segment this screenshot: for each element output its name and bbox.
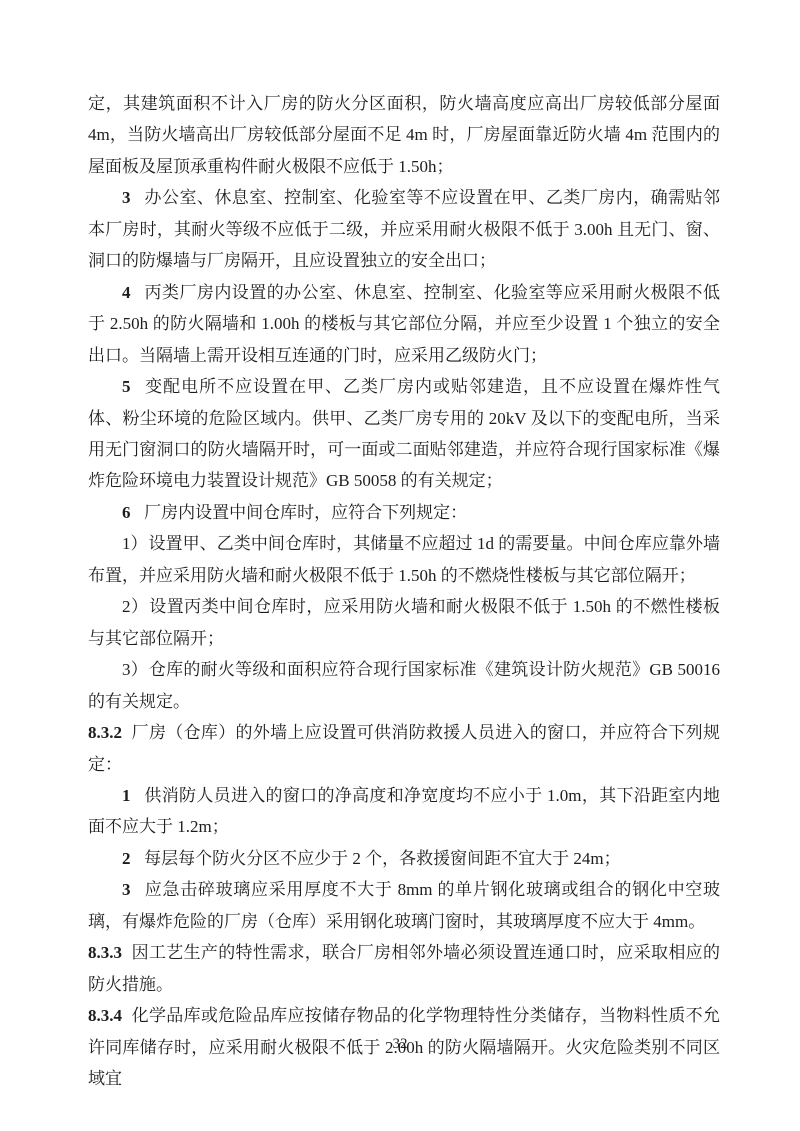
page-number: 32 (0, 1036, 800, 1053)
section-text: 因工艺生产的特性需求，联合厂房相邻外墙必须设置连通口时，应采取相应的防火措施。 (88, 943, 720, 993)
subclause-text: 仓库的耐火等级和面积应符合现行国家标准《建筑设计防火规范》GB 50016 的有… (88, 660, 720, 710)
clause-1: 1供消防人员进入的窗口的净高度和净宽度均不应小于 1.0m，其下沿距室内地面不应… (88, 780, 720, 843)
subclause-3: 3）仓库的耐火等级和面积应符合现行国家标准《建筑设计防火规范》GB 50016 … (88, 654, 720, 717)
section-8-3-2: 8.3.2厂房（仓库）的外墙上应设置可供消防救援人员进入的窗口，并应符合下列规定… (88, 717, 720, 780)
subclause-1: 1）设置甲、乙类中间仓库时，其储量不应超过 1d 的需要量。中间仓库应靠外墙布置… (88, 528, 720, 591)
clause-number: 1 (122, 786, 131, 805)
paragraph-continuation: 定，其建筑面积不计入厂房的防火分区面积，防火墙高度应高出厂房较低部分屋面 4m，… (88, 88, 720, 182)
document-body: 定，其建筑面积不计入厂房的防火分区面积，防火墙高度应高出厂房较低部分屋面 4m，… (88, 88, 720, 1095)
clause-text: 每层每个防火分区不应少于 2 个，各救援窗间距不宜大于 24m； (144, 849, 620, 868)
clause-text: 丙类厂房内设置的办公室、休息室、控制室、化验室等应采用耐火极限不低于 2.50h… (88, 283, 720, 365)
clause-4: 4丙类厂房内设置的办公室、休息室、控制室、化验室等应采用耐火极限不低于 2.50… (88, 277, 720, 371)
clause-5: 5变配电所不应设置在甲、乙类厂房内或贴邻建造，且不应设置在爆炸性气体、粉尘环境的… (88, 371, 720, 497)
subclause-number: 2） (122, 597, 148, 616)
subclause-text: 设置甲、乙类中间仓库时，其储量不应超过 1d 的需要量。中间仓库应靠外墙布置，并… (88, 534, 720, 584)
clause-text: 应急击碎玻璃应采用厚度不大于 8mm 的单片钢化玻璃或组合的钢化中空玻璃，有爆炸… (88, 880, 720, 930)
section-8-3-3: 8.3.3因工艺生产的特性需求，联合厂房相邻外墙必须设置连通口时，应采取相应的防… (88, 937, 720, 1000)
section-number: 8.3.4 (88, 1006, 122, 1025)
clause-3: 3办公室、休息室、控制室、化验室等不应设置在甲、乙类厂房内，确需贴邻本厂房时，其… (88, 182, 720, 276)
subclause-2: 2）设置丙类中间仓库时，应采用防火墙和耐火极限不低于 1.50h 的不燃性楼板与… (88, 591, 720, 654)
clause-text: 供消防人员进入的窗口的净高度和净宽度均不应小于 1.0m，其下沿距室内地面不应大… (88, 786, 720, 836)
clause-3b: 3应急击碎玻璃应采用厚度不大于 8mm 的单片钢化玻璃或组合的钢化中空玻璃，有爆… (88, 874, 720, 937)
clause-text: 办公室、休息室、控制室、化验室等不应设置在甲、乙类厂房内，确需贴邻本厂房时，其耐… (88, 188, 720, 270)
section-text: 厂房（仓库）的外墙上应设置可供消防救援人员进入的窗口，并应符合下列规定： (88, 723, 720, 773)
section-number: 8.3.3 (88, 943, 122, 962)
clause-number: 5 (122, 377, 131, 396)
subclause-number: 3） (122, 660, 148, 679)
clause-2: 2每层每个防火分区不应少于 2 个，各救援窗间距不宜大于 24m； (88, 843, 720, 874)
subclause-text: 设置丙类中间仓库时，应采用防火墙和耐火极限不低于 1.50h 的不燃性楼板与其它… (88, 597, 720, 647)
clause-text: 厂房内设置中间仓库时，应符合下列规定： (144, 503, 467, 522)
document-page: 定，其建筑面积不计入厂房的防火分区面积，防火墙高度应高出厂房较低部分屋面 4m，… (0, 0, 800, 1131)
clause-number: 4 (122, 283, 131, 302)
clause-number: 3 (122, 188, 131, 207)
clause-text: 变配电所不应设置在甲、乙类厂房内或贴邻建造，且不应设置在爆炸性气体、粉尘环境的危… (88, 377, 720, 490)
paragraph-text: 定，其建筑面积不计入厂房的防火分区面积，防火墙高度应高出厂房较低部分屋面 4m，… (88, 94, 720, 176)
clause-6: 6厂房内设置中间仓库时，应符合下列规定： (88, 497, 720, 528)
subclause-number: 1） (122, 534, 148, 553)
clause-number: 3 (122, 880, 131, 899)
clause-number: 6 (122, 503, 131, 522)
section-number: 8.3.2 (88, 723, 122, 742)
clause-number: 2 (122, 849, 131, 868)
